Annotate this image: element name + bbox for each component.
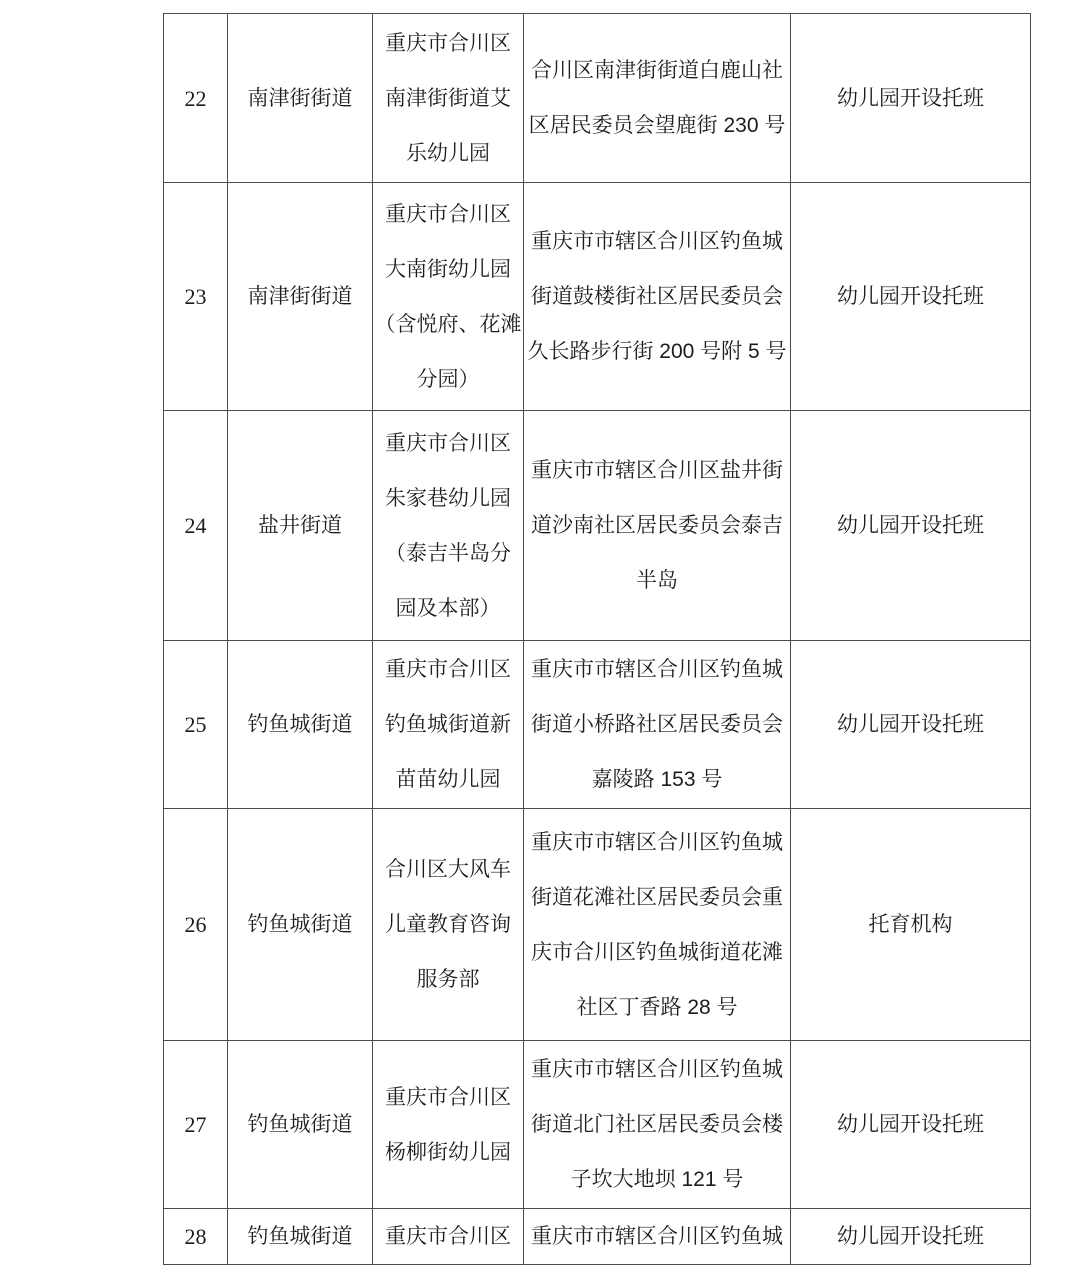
table-row: 28 钓鱼城街道 重庆市合川区 重庆市市辖区合川区钓鱼城 幼儿园开设托班	[164, 1209, 1031, 1265]
service-type-cell: 幼儿园开设托班	[791, 14, 1031, 183]
table-row: 25 钓鱼城街道 重庆市合川区 钓鱼城街道新 苗苗幼儿园 重庆市市辖区合川区钓鱼…	[164, 641, 1031, 809]
row-number-cell: 25	[164, 641, 228, 809]
street-cell: 钓鱼城街道	[228, 641, 373, 809]
row-number-cell: 26	[164, 809, 228, 1041]
street-cell: 南津街街道	[228, 183, 373, 411]
institution-name-cell: 重庆市合川区	[373, 1209, 524, 1265]
row-number-cell: 28	[164, 1209, 228, 1265]
service-type-cell: 托育机构	[791, 809, 1031, 1041]
address-cell: 重庆市市辖区合川区钓鱼城	[524, 1209, 791, 1265]
row-number-cell: 27	[164, 1041, 228, 1209]
address-cell: 重庆市市辖区合川区盐井街 道沙南社区居民委员会泰吉 半岛	[524, 411, 791, 641]
address-cell: 重庆市市辖区合川区钓鱼城 街道小桥路社区居民委员会 嘉陵路 153 号	[524, 641, 791, 809]
row-number-cell: 24	[164, 411, 228, 641]
childcare-institutions-table: 22 南津街街道 重庆市合川区 南津街街道艾 乐幼儿园 合川区南津街街道白鹿山社…	[163, 13, 1031, 1265]
address-cell: 重庆市市辖区合川区钓鱼城 街道花滩社区居民委员会重 庆市合川区钓鱼城街道花滩 社…	[524, 809, 791, 1041]
row-number-cell: 22	[164, 14, 228, 183]
institution-name-cell: 合川区大风车 儿童教育咨询 服务部	[373, 809, 524, 1041]
table-row: 23 南津街街道 重庆市合川区 大南街幼儿园 （含悦府、花滩 分园） 重庆市市辖…	[164, 183, 1031, 411]
institution-name-cell: 重庆市合川区 南津街街道艾 乐幼儿园	[373, 14, 524, 183]
service-type-cell: 幼儿园开设托班	[791, 411, 1031, 641]
street-cell: 钓鱼城街道	[228, 1041, 373, 1209]
table-row: 27 钓鱼城街道 重庆市合川区 杨柳街幼儿园 重庆市市辖区合川区钓鱼城 街道北门…	[164, 1041, 1031, 1209]
service-type-cell: 幼儿园开设托班	[791, 183, 1031, 411]
institution-name-cell: 重庆市合川区 大南街幼儿园 （含悦府、花滩 分园）	[373, 183, 524, 411]
institution-name-cell: 重庆市合川区 朱家巷幼儿园 （泰吉半岛分 园及本部）	[373, 411, 524, 641]
table-row: 26 钓鱼城街道 合川区大风车 儿童教育咨询 服务部 重庆市市辖区合川区钓鱼城 …	[164, 809, 1031, 1041]
table-row: 22 南津街街道 重庆市合川区 南津街街道艾 乐幼儿园 合川区南津街街道白鹿山社…	[164, 14, 1031, 183]
street-cell: 钓鱼城街道	[228, 1209, 373, 1265]
institution-name-cell: 重庆市合川区 钓鱼城街道新 苗苗幼儿园	[373, 641, 524, 809]
service-type-cell: 幼儿园开设托班	[791, 1041, 1031, 1209]
service-type-cell: 幼儿园开设托班	[791, 641, 1031, 809]
street-cell: 钓鱼城街道	[228, 809, 373, 1041]
service-type-cell: 幼儿园开设托班	[791, 1209, 1031, 1265]
street-cell: 南津街街道	[228, 14, 373, 183]
institution-name-cell: 重庆市合川区 杨柳街幼儿园	[373, 1041, 524, 1209]
row-number-cell: 23	[164, 183, 228, 411]
street-cell: 盐井街道	[228, 411, 373, 641]
address-cell: 合川区南津街街道白鹿山社 区居民委员会望鹿街 230 号	[524, 14, 791, 183]
address-cell: 重庆市市辖区合川区钓鱼城 街道北门社区居民委员会楼 子坎大地坝 121 号	[524, 1041, 791, 1209]
address-cell: 重庆市市辖区合川区钓鱼城 街道鼓楼街社区居民委员会 久长路步行街 200 号附 …	[524, 183, 791, 411]
document-page: 22 南津街街道 重庆市合川区 南津街街道艾 乐幼儿园 合川区南津街街道白鹿山社…	[0, 0, 1080, 1273]
table-row: 24 盐井街道 重庆市合川区 朱家巷幼儿园 （泰吉半岛分 园及本部） 重庆市市辖…	[164, 411, 1031, 641]
